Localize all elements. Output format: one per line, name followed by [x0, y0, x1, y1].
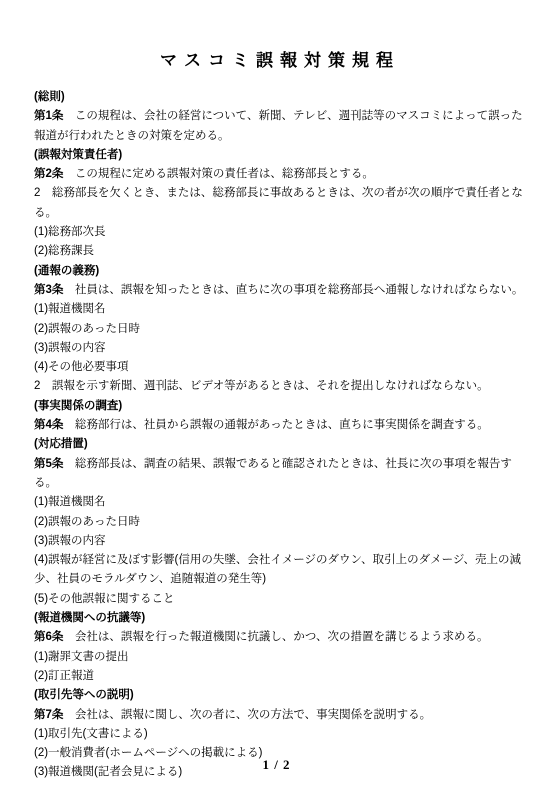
article-line: 第3条 社員は、誤報を知ったときは、直ちに次の事項を総務部長へ通報しなければなら… [34, 281, 526, 300]
section-heading: (事実関係の調査) [34, 397, 526, 416]
list-item-line: (1)報道機関名 [34, 493, 526, 512]
section-heading: (報道機関への抗議等) [34, 609, 526, 628]
article-line: 第7条 会社は、誤報に関し、次の者に、次の方法で、事実関係を説明する。 [34, 706, 526, 725]
list-item-line: (4)誤報が経営に及ぼす影響(信用の失墜、会社イメージのダウン、取引上のダメージ… [34, 551, 526, 590]
list-item-line: (1)総務部次長 [34, 223, 526, 242]
section-heading: (誤報対策責任者) [34, 146, 526, 165]
paragraph-line: 2 総務部長を欠くとき、または、総務部長に事故あるときは、次の者が次の順序で責任… [34, 184, 526, 223]
article-line: 第6条 会社は、誤報を行った報道機関に抗議し、かつ、次の措置を講じるよう求める。 [34, 628, 526, 647]
list-item-line: (1)取引先(文書による) [34, 725, 526, 744]
page-number: 1 / 2 [0, 757, 553, 773]
list-item-line: (3)誤報の内容 [34, 532, 526, 551]
article-number: 第5条 [34, 458, 63, 470]
article-number: 第2条 [34, 168, 63, 180]
article-number: 第6条 [34, 631, 63, 643]
article-line: 第2条 この規程に定める誤報対策の責任者は、総務部長とする。 [34, 165, 526, 184]
article-line: 第4条 総務部行は、社員から誤報の通報があったときは、直ちに事実関係を調査する。 [34, 416, 526, 435]
list-item-line: (5)その他誤報に関すること [34, 590, 526, 609]
article-number: 第1条 [34, 110, 63, 122]
article-number: 第3条 [34, 284, 63, 296]
article-line: 第5条 総務部長は、調査の結果、誤報であると確認されたときは、社長に次の事項を報… [34, 455, 526, 494]
page-title: マスコミ誤報対策規程 [0, 0, 553, 72]
article-number: 第7条 [34, 709, 63, 721]
section-heading: (総則) [34, 88, 526, 107]
section-heading: (取引先等への説明) [34, 686, 526, 705]
article-number: 第4条 [34, 419, 63, 431]
list-item-line: (2)誤報のあった日時 [34, 320, 526, 339]
list-item-line: (1)謝罪文書の提出 [34, 648, 526, 667]
article-line: 第1条 この規程は、会社の経営について、新聞、テレビ、週刊誌等のマスコミによって… [34, 107, 526, 146]
list-item-line: (2)誤報のあった日時 [34, 513, 526, 532]
section-heading: (対応措置) [34, 435, 526, 454]
section-heading: (通報の義務) [34, 262, 526, 281]
list-item-line: (2)訂正報道 [34, 667, 526, 686]
list-item-line: (2)総務課長 [34, 242, 526, 261]
list-item-line: (3)誤報の内容 [34, 339, 526, 358]
list-item-line: (4)その他必要事項 [34, 358, 526, 377]
document-page: マスコミ誤報対策規程 (総則)第1条 この規程は、会社の経営について、新聞、テレ… [0, 0, 553, 799]
document-body: (総則)第1条 この規程は、会社の経営について、新聞、テレビ、週刊誌等のマスコミ… [34, 88, 526, 783]
list-item-line: (1)報道機関名 [34, 300, 526, 319]
paragraph-line: 2 誤報を示す新聞、週刊誌、ビデオ等があるときは、それを提出しなければならない。 [34, 377, 526, 396]
